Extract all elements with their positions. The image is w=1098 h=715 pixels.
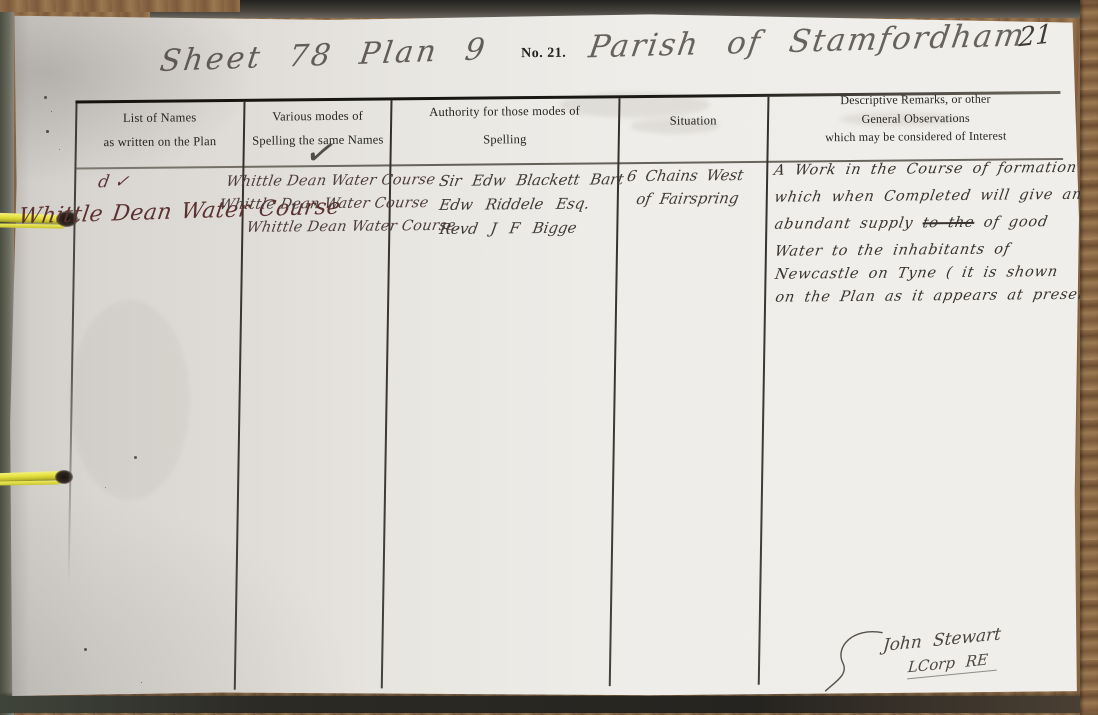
table-vrule-4 xyxy=(758,97,770,685)
authority-entry-3: Revd J F Bigge xyxy=(440,219,577,238)
situation-line-2: of Fairspring xyxy=(636,189,738,208)
column-header-authority: Authority for those modes ofSpelling xyxy=(390,97,619,154)
wood-desk-right-edge xyxy=(1080,0,1098,715)
scanned-document-photo: { "page_header": { "sheet_plan": "Sheet … xyxy=(0,0,1098,715)
sheet-plan-title: Sheet 78 Plan 9 xyxy=(160,32,488,79)
parish-title: Parish of Stamfordham xyxy=(589,18,1026,66)
table-vrule-1 xyxy=(234,102,246,690)
spelling-entry-2: Whittle Dean Water Course xyxy=(219,195,428,213)
authority-entry-1: Sir Edw Blackett Bart xyxy=(439,170,623,190)
spelling-entry-1: Whittle Dean Water Course xyxy=(226,172,435,190)
document-content: Sheet 78 Plan 9 No. 21. Parish of Stamfo… xyxy=(0,0,1098,715)
column-header-names: List of Namesas written on the Plan xyxy=(76,106,244,155)
remarks-line-1: A Work in the Course of formation xyxy=(774,160,1077,179)
printed-number-label: No. 21. xyxy=(521,46,566,62)
authority-entry-2: Edw Riddele Esq. xyxy=(439,195,589,214)
remarks-line-6: on the Plan as it appears at present) xyxy=(775,287,1098,306)
spelling-entry-3: Whittle Dean Water Course. xyxy=(247,218,461,236)
signature-rank: LCorp RE xyxy=(905,650,997,680)
name-annotation: d ✓ xyxy=(98,172,129,192)
remarks-line-4: Water to the inhabitants of xyxy=(775,241,1010,259)
column-header-remarks: Descriptive Remarks, or otherGeneral Obs… xyxy=(767,89,1064,148)
struck-out-words: to the xyxy=(921,215,975,232)
situation-line-1: 6 Chains West xyxy=(627,166,743,185)
remarks-line-3: abundant supply to the of good xyxy=(775,214,1049,233)
table-vrule-left xyxy=(66,103,77,668)
page-number: 21 xyxy=(1017,19,1053,53)
remarks-text: abundant supply xyxy=(773,215,914,232)
wood-desk-corner xyxy=(0,0,240,12)
column-header-situation: Situation xyxy=(619,109,768,134)
remarks-line-2: which when Completed will give an xyxy=(774,187,1082,206)
table-vrule-2 xyxy=(381,100,393,688)
remarks-text: of good xyxy=(982,214,1049,231)
remarks-line-5: Newcastle on Tyne ( it is shown xyxy=(775,264,1058,283)
